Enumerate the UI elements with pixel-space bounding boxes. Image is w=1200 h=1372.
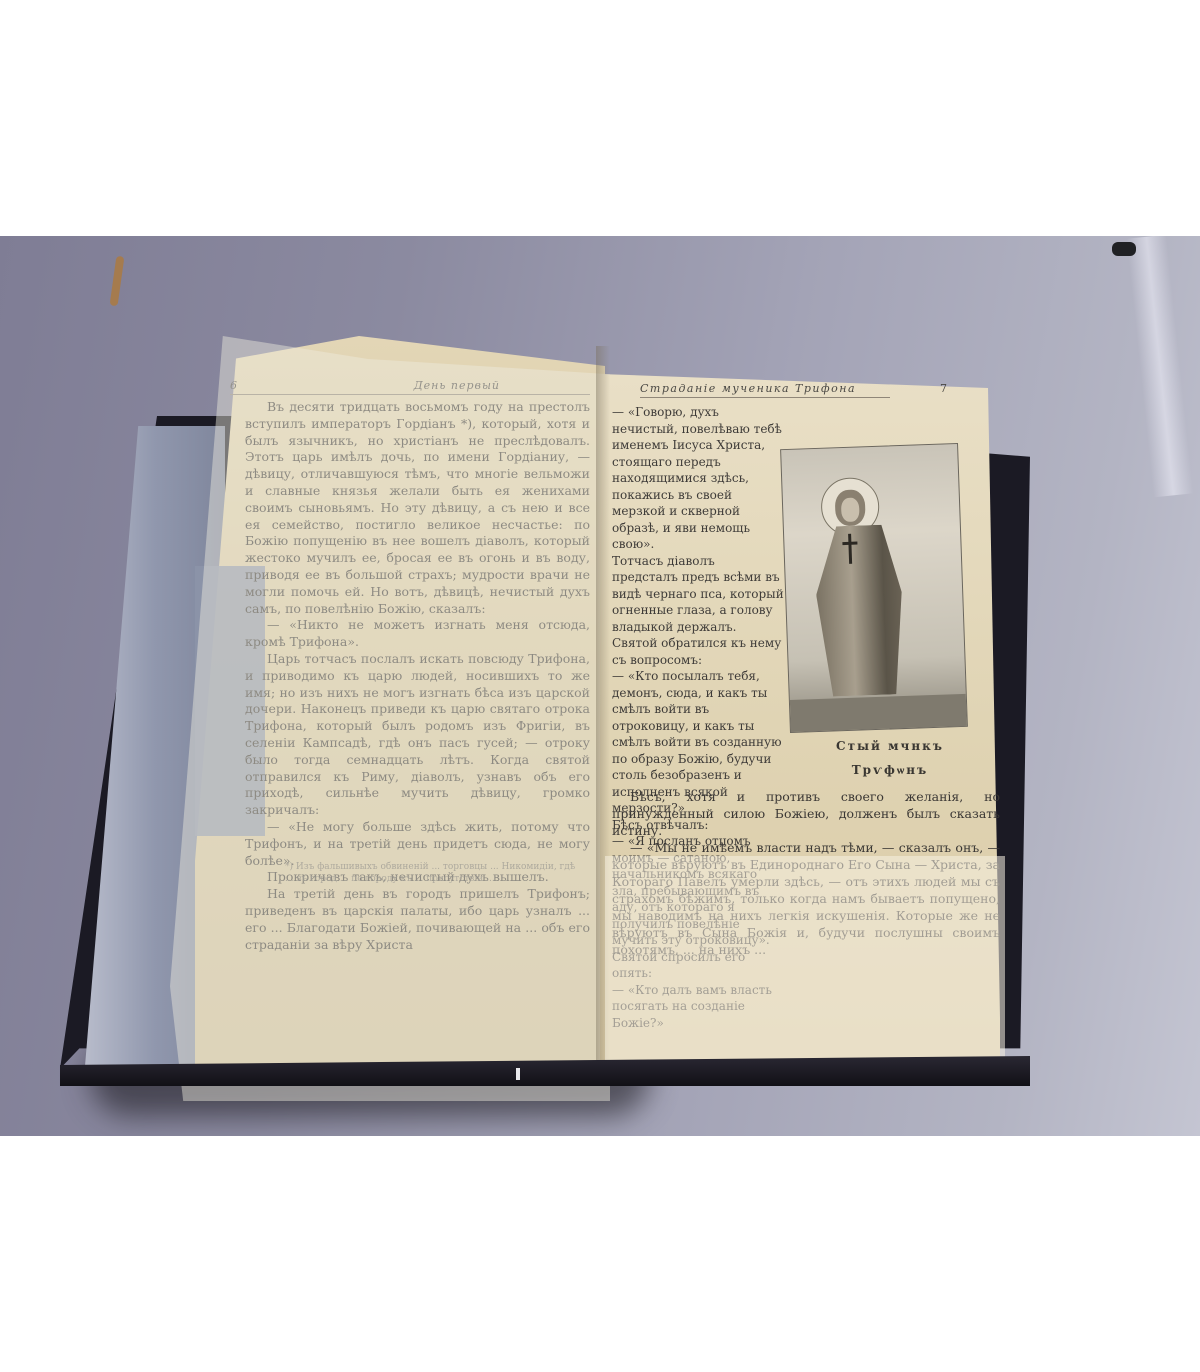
- wood-splinter: [110, 256, 125, 307]
- right-running-header: Страданіе мученика Трифона: [640, 382, 890, 398]
- saint-face: [841, 497, 860, 522]
- illustration-caption: Стый мчнкъ Трѵфѡнъ: [815, 734, 965, 782]
- paragraph: Святой обратился къ нему съ вопросомъ:: [612, 635, 784, 668]
- tissue-repair-right: [605, 856, 1005, 1086]
- caption-line-2: Трѵфѡнъ: [815, 758, 965, 782]
- light-reflection: [1127, 236, 1194, 497]
- paragraph: Бѣсъ, хотя и противъ своего желанія, но …: [612, 788, 1000, 839]
- cross-bar: [842, 542, 857, 546]
- paragraph: Тотчасъ діаволъ предсталъ предъ всѣми въ…: [612, 553, 784, 636]
- right-page-number: 7: [940, 382, 947, 395]
- paragraph: — «Говорю, духъ нечистый, повелѣваю тебѣ…: [612, 404, 784, 553]
- ground: [790, 694, 967, 732]
- bookmark-ribbon: [516, 1068, 520, 1080]
- caption-line-1: Стый мчнкъ: [815, 734, 965, 758]
- saint-robe: [814, 524, 910, 697]
- book-photo: 6 День первый Въ десяти тридцать восьмом…: [0, 236, 1200, 1136]
- right-header-title: Страданіе мученика Трифона: [640, 382, 856, 395]
- black-clip: [1112, 242, 1136, 256]
- tissue-repair-left: [170, 336, 610, 1101]
- saint-tryphon-illustration: [780, 443, 968, 733]
